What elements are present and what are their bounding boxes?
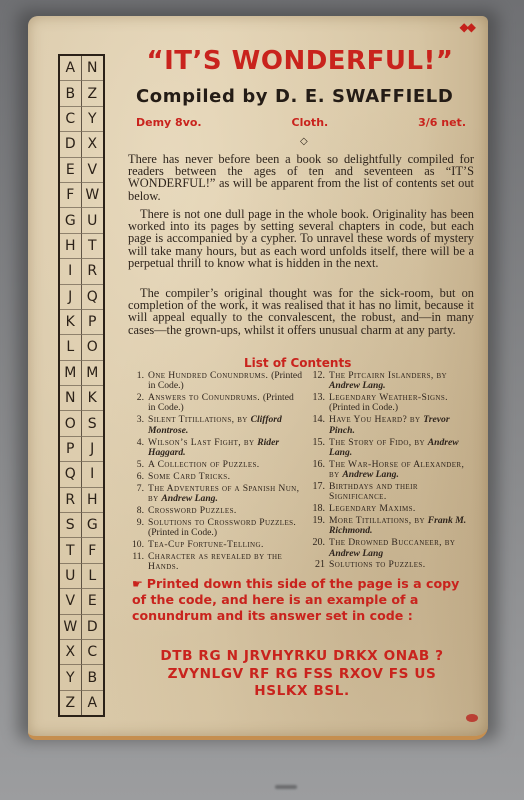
- contents-item: 8.Crossword Puzzles.: [130, 506, 302, 516]
- contents-entry: Silent Titillations, by Clifford Montros…: [148, 415, 302, 436]
- paragraph-text: The compiler’s original thought was for …: [128, 286, 474, 337]
- contents-item: 1.One Hundred Conundrums. (Printed in Co…: [130, 371, 302, 392]
- contents-item: 19.More Titillations, by Frank M. Richmo…: [309, 516, 474, 537]
- contents-number: 9.: [130, 518, 148, 539]
- cipher-letter-left: E: [60, 158, 82, 183]
- contents-item: 6.Some Card Tricks.: [130, 472, 302, 482]
- contents-entry: Answers to Conundrums. (Printed in Code.…: [148, 393, 302, 414]
- cipher-letter-right: L: [82, 564, 104, 589]
- contents-item: 10.Tea-Cup Fortune-Telling.: [130, 540, 302, 550]
- cipher-letter-right: R: [82, 259, 104, 284]
- cipher-letter-right: Z: [82, 81, 104, 106]
- cipher-letter-left: W: [60, 615, 82, 640]
- contents-title: Tea-Cup Fortune-Telling.: [148, 539, 264, 550]
- cipher-letter-right: P: [82, 310, 104, 335]
- author-line: Compiled by D. E. SWAFFIELD: [136, 86, 453, 107]
- cipher-letter-right: W: [82, 183, 104, 208]
- cipher-letter-left: M: [60, 361, 82, 386]
- contents-entry: Legendary Weather-Signs. (Printed in Cod…: [329, 393, 474, 414]
- cipher-key-strip: ANBZCYDXEVFWGUHTIRJQKPLOMMNKOSPJQIRHSGTF…: [58, 54, 105, 717]
- cipher-letter-left: H: [60, 234, 82, 259]
- description-paragraph-1: There has never before been a book so de…: [128, 153, 474, 202]
- pointing-hand-icon: ☛: [132, 577, 143, 591]
- contents-entry: Solutions to Crossword Puzzles. (Printed…: [148, 518, 302, 539]
- contents-title: Solutions to Puzzles.: [329, 559, 426, 570]
- cipher-letter-right: I: [82, 462, 104, 487]
- contents-item: 13.Legendary Weather-Signs. (Printed in …: [309, 393, 474, 414]
- contents-number: 16.: [309, 460, 329, 481]
- contents-note: (Printed in Code.): [329, 402, 398, 413]
- contents-entry: The Story of Fido, by Andrew Lang.: [329, 438, 474, 459]
- contents-entry: Have You Heard? by Trevor Pinch.: [329, 415, 474, 436]
- contents-title: Legendary Maxims.: [329, 503, 416, 514]
- cipher-letter-left: Q: [60, 462, 82, 487]
- cipher-letter-right: Q: [82, 285, 104, 310]
- cipher-letter-right: K: [82, 386, 104, 411]
- contents-entry: The Drowned Buccaneer, by Andrew Lang: [329, 538, 474, 559]
- code-explanation: ☛Printed down this side of the page is a…: [132, 576, 472, 624]
- spec-binding: Cloth.: [292, 116, 329, 129]
- cipher-letter-left: F: [60, 183, 82, 208]
- cipher-letter-left: X: [60, 640, 82, 665]
- cipher-letter-left: B: [60, 81, 82, 106]
- corner-stain: [466, 714, 478, 722]
- cipher-letter-right: V: [82, 158, 104, 183]
- description-paragraph-2: There is not one dull page in the whole …: [128, 208, 474, 269]
- contents-number: 14.: [309, 415, 329, 436]
- contents-number: 2.: [130, 393, 148, 414]
- contents-number: 15.: [309, 438, 329, 459]
- contents-number: 7.: [130, 484, 148, 505]
- coded-conundrum: DTB RG N JRVHYRKU DRKX ONAB ? ZVYNLGV RF…: [130, 648, 474, 701]
- coded-line-1: DTB RG N JRVHYRKU DRKX ONAB ?: [160, 648, 443, 664]
- contents-item: 21Solutions to Puzzles.: [309, 560, 474, 570]
- cipher-letter-left: L: [60, 335, 82, 360]
- spec-format: Demy 8vo.: [136, 116, 202, 129]
- contents-number: 17.: [309, 482, 329, 503]
- contents-entry: The Adventures of a Spanish Nun, by Andr…: [148, 484, 302, 505]
- contents-entry: Tea-Cup Fortune-Telling.: [148, 540, 302, 550]
- contents-number: 18.: [309, 504, 329, 514]
- cipher-letter-right: S: [82, 411, 104, 436]
- contents-note: (Printed in Code.): [148, 527, 217, 538]
- book-back-cover: ◆◆ ANBZCYDXEVFWGUHTIRJQKPLOMMNKOSPJQIRHS…: [28, 16, 488, 740]
- contents-item: 11.Character as revealed by the Hands.: [130, 552, 302, 573]
- paragraph-text: There is not one dull page in the whole …: [128, 207, 474, 270]
- contents-entry: Legendary Maxims.: [329, 504, 474, 514]
- contents-title: Character as revealed by the Hands.: [148, 551, 282, 572]
- contents-title: A Collection of Puzzles.: [148, 459, 260, 470]
- cipher-letter-left: J: [60, 285, 82, 310]
- contents-entry: Crossword Puzzles.: [148, 506, 302, 516]
- book-specs: Demy 8vo. Cloth. 3/6 net.: [136, 116, 466, 129]
- contents-title: Some Card Tricks.: [148, 471, 230, 482]
- contents-number: 1.: [130, 371, 148, 392]
- contents-number: 12.: [309, 371, 329, 392]
- contents-number: 8.: [130, 506, 148, 516]
- contents-item: 3.Silent Titillations, by Clifford Montr…: [130, 415, 302, 436]
- contents-entry: More Titillations, by Frank M. Richmond.: [329, 516, 474, 537]
- cipher-letter-left: S: [60, 513, 82, 538]
- cipher-letter-right: D: [82, 615, 104, 640]
- cipher-letter-left: U: [60, 564, 82, 589]
- contents-item: 16.The War-Horse of Alexander, by Andrew…: [309, 460, 474, 481]
- cipher-letter-left: N: [60, 386, 82, 411]
- cipher-letter-left: Y: [60, 665, 82, 690]
- contents-entry: Birthdays and their Significance.: [329, 482, 474, 503]
- contents-number: 13.: [309, 393, 329, 414]
- contents-number: 21: [309, 560, 329, 570]
- cipher-letter-right: H: [82, 488, 104, 513]
- contents-number: 6.: [130, 472, 148, 482]
- contents-item: 7.The Adventures of a Spanish Nun, by An…: [130, 484, 302, 505]
- contents-entry: The War-Horse of Alexander, by Andrew La…: [329, 460, 474, 481]
- cipher-letter-right: E: [82, 589, 104, 614]
- contents-entry: Wilson’s Last Fight, by Rider Haggard.: [148, 438, 302, 459]
- contents-author: Andrew Lang.: [161, 493, 218, 504]
- diamond-ornament-icon: ◇: [300, 136, 308, 147]
- cipher-letter-right: C: [82, 640, 104, 665]
- contents-number: 20.: [309, 538, 329, 559]
- cipher-letter-left: P: [60, 437, 82, 462]
- cipher-letter-right: F: [82, 538, 104, 563]
- contents-number: 4.: [130, 438, 148, 459]
- contents-title: Birthdays and their Significance.: [329, 481, 418, 502]
- description-paragraph-3: The compiler’s original thought was for …: [128, 287, 474, 336]
- book-title: “IT’S WONDERFUL!”: [130, 46, 470, 76]
- contents-number: 10.: [130, 540, 148, 550]
- cipher-letter-right: O: [82, 335, 104, 360]
- cipher-letter-right: A: [82, 691, 104, 715]
- cipher-letter-right: M: [82, 361, 104, 386]
- contents-item: 18.Legendary Maxims.: [309, 504, 474, 514]
- contents-number: 3.: [130, 415, 148, 436]
- cipher-letter-left: Z: [60, 691, 82, 715]
- coded-line-3: HSLKX BSL.: [254, 683, 350, 699]
- contents-item: 2.Answers to Conundrums. (Printed in Cod…: [130, 393, 302, 414]
- contents-item: 9.Solutions to Crossword Puzzles. (Print…: [130, 518, 302, 539]
- contents-entry: Solutions to Puzzles.: [329, 560, 474, 570]
- contents-column-right: 12.The Pitcairn Islanders, by Andrew Lan…: [309, 371, 474, 572]
- cipher-letter-left: A: [60, 56, 82, 81]
- cipher-letter-left: G: [60, 208, 82, 233]
- contents-heading: List of Contents: [244, 356, 351, 370]
- contents-author: Andrew Lang: [329, 548, 383, 559]
- contents-entry: Some Card Tricks.: [148, 472, 302, 482]
- contents-item: 14.Have You Heard? by Trevor Pinch.: [309, 415, 474, 436]
- cipher-letter-left: O: [60, 411, 82, 436]
- contents-item: 4.Wilson’s Last Fight, by Rider Haggard.: [130, 438, 302, 459]
- coded-line-2: ZVYNLGV RF RG FSS RXOV FS US: [168, 666, 437, 682]
- paragraph-text: There has never before been a book so de…: [128, 152, 474, 203]
- contents-number: 19.: [309, 516, 329, 537]
- spec-price: 3/6 net.: [418, 116, 466, 129]
- cipher-letter-right: X: [82, 132, 104, 157]
- contents-title: Crossword Puzzles.: [148, 505, 237, 516]
- cipher-letter-right: U: [82, 208, 104, 233]
- cipher-letter-right: N: [82, 56, 104, 81]
- code-intro-text: Printed down this side of the page is a …: [132, 576, 459, 623]
- cipher-letter-left: D: [60, 132, 82, 157]
- cipher-letter-left: I: [60, 259, 82, 284]
- cipher-letter-right: T: [82, 234, 104, 259]
- cipher-letter-left: V: [60, 589, 82, 614]
- cipher-letter-right: G: [82, 513, 104, 538]
- cipher-letter-right: B: [82, 665, 104, 690]
- cipher-letter-right: J: [82, 437, 104, 462]
- contents-item: 12.The Pitcairn Islanders, by Andrew Lan…: [309, 371, 474, 392]
- contents-entry: One Hundred Conundrums. (Printed in Code…: [148, 371, 302, 392]
- contents-item: 17.Birthdays and their Significance.: [309, 482, 474, 503]
- contents-number: 11.: [130, 552, 148, 573]
- contents-number: 5.: [130, 460, 148, 470]
- contents-entry: A Collection of Puzzles.: [148, 460, 302, 470]
- contents-entry: The Pitcairn Islanders, by Andrew Lang.: [329, 371, 474, 392]
- contents-author: Andrew Lang.: [342, 469, 399, 480]
- cipher-letter-left: T: [60, 538, 82, 563]
- corner-ink-mark: ◆◆: [460, 20, 474, 34]
- cipher-letter-left: R: [60, 488, 82, 513]
- contents-item: 20.The Drowned Buccaneer, by Andrew Lang: [309, 538, 474, 559]
- cipher-letter-left: C: [60, 107, 82, 132]
- cipher-letter-right: Y: [82, 107, 104, 132]
- contents-column-left: 1.One Hundred Conundrums. (Printed in Co…: [130, 371, 302, 574]
- contents-item: 5.A Collection of Puzzles.: [130, 460, 302, 470]
- cipher-letter-left: K: [60, 310, 82, 335]
- contents-author: Andrew Lang.: [329, 380, 386, 391]
- surface-mark: [275, 785, 297, 789]
- contents-entry: Character as revealed by the Hands.: [148, 552, 302, 573]
- contents-item: 15.The Story of Fido, by Andrew Lang.: [309, 438, 474, 459]
